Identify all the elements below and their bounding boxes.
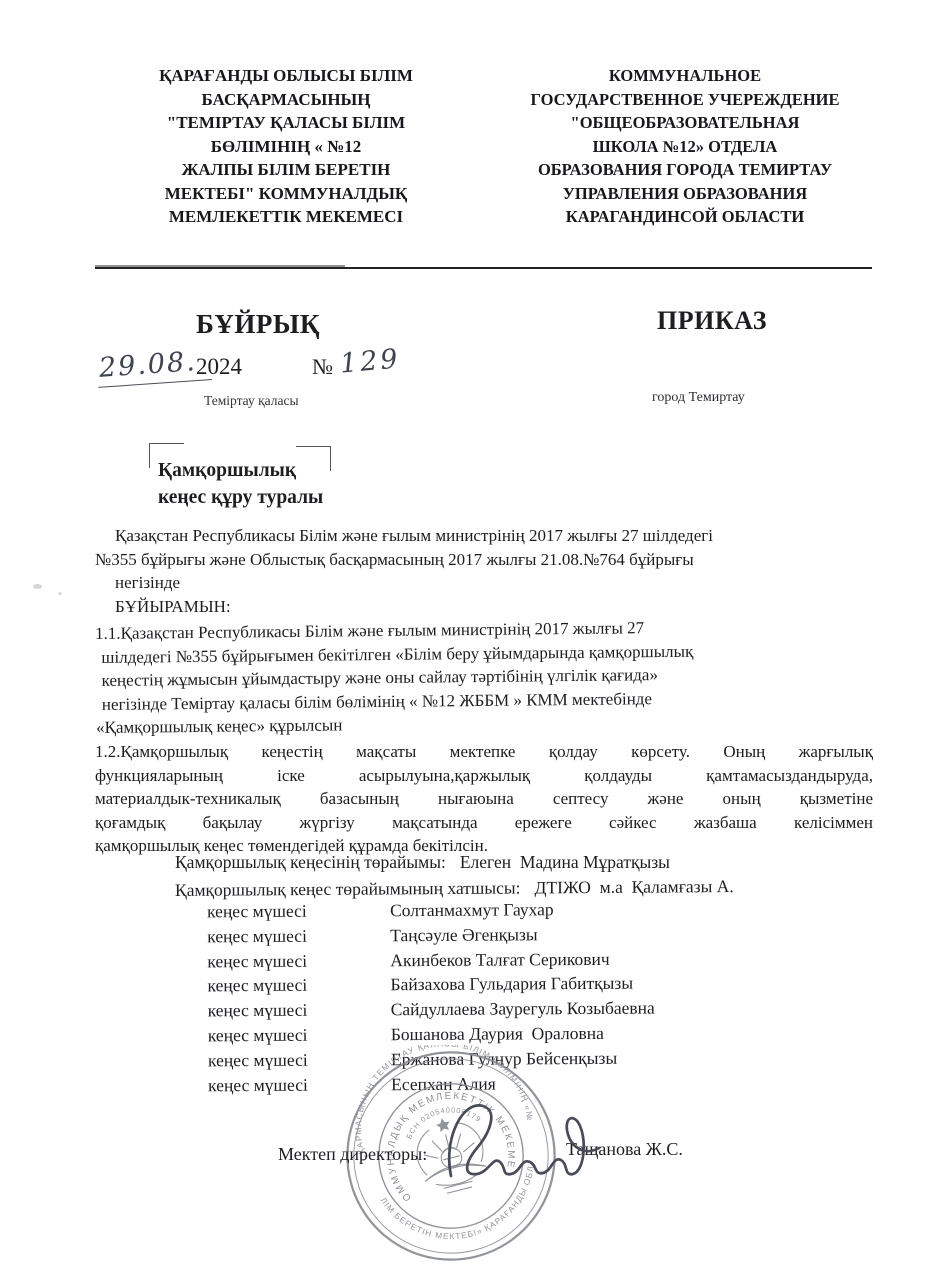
preamble-paragraph: Қазақстан Республикасы Білім және ғылым … [95,524,873,618]
city-label-kazakh: Теміртау қаласы [204,393,299,409]
signature-stroke [449,1105,599,1176]
text-line: функцияларының іске асырылуына,қаржылық … [95,764,873,788]
city-label-russian: город Темиртау [652,390,745,406]
secretary-name: ДТІЖО м.а Қаламғазы А. [534,876,733,897]
member-role-label: кеңес мүшесі [207,973,307,998]
member-name: Байзахова Гульдария Габитқызы [390,971,633,997]
org-name-kazakh: ҚАРАҒАНДЫ ОБЛЫСЫ БІЛІМ БАСҚАРМАСЫНЫҢ "ТЕ… [108,64,464,229]
order-title-russian: ПРИКАЗ [657,306,767,336]
member-role-label: кеңес мүшесі [207,899,307,924]
order-year: 2024 [196,354,242,380]
member-role-label: кеңес мүшесі [207,948,307,973]
org-name-russian: КОММУНАЛЬНОЕ ГОСУДАРСТВЕННОЕ УЧЕРЕЖДЕНИЕ… [498,64,872,229]
director-role-label: Мектеп директоры: [278,1144,427,1165]
member-role-label: кеңес мүшесі [208,998,308,1023]
text-line: қоғамдық бақылау жүргізу мақсатында ереж… [95,811,873,835]
member-name: Таңсәуле Әгенқызы [390,922,538,948]
member-name: Солтанмахмут Гаухар [390,897,554,923]
order-title-kazakh: БҰЙРЫҚ [196,309,320,340]
chair-role-label: Қамқоршылық кеңесінің төрайымы: [175,852,446,872]
chair-name: Елеген Мадина Мұратқызы [460,852,670,872]
order-number-sign: № [312,354,333,380]
scan-speck [33,584,42,589]
header-divider-line [95,267,872,269]
order-date-handwritten: 29.08. [96,345,212,388]
member-name: Бошанова Даурия Ораловна [391,1021,604,1047]
secretary-role-label: Қамқоршылық кеңес төрайымының хатшысы: [175,878,521,900]
member-name: Сайдуллаева Заурегуль Козыбаевна [391,996,655,1022]
director-signature [437,1090,607,1205]
order-number-handwritten: 129 [339,343,402,379]
clause-1-1: 1.1.Қазақстан Республикасы Білім және ғы… [95,614,874,740]
text-line: Қазақстан Республикасы Білім және ғылым … [95,524,873,548]
subject-line-2: кеңес құру туралы [158,484,458,511]
order-subject: Қамқоршылық кеңес құру туралы [158,457,458,511]
text-line: негізінде [95,571,873,595]
council-chair-line: Қамқоршылық кеңесінің төрайымы:Елеген Ма… [175,852,670,873]
member-role-label: кеңес мүшесі [208,1023,308,1048]
text-line: материалдык-техникалық базасының нығаюын… [95,787,873,811]
subject-line-1: Қамқоршылық [158,457,458,484]
clause-1-2: 1.2.Қамқоршылық кеңестің мақсаты мектепк… [95,740,873,858]
text-line: 1.2.Қамқоршылық кеңестің мақсаты мектепк… [95,740,873,764]
member-role-label: кеңес мүшесі [207,924,307,949]
text-line: №355 бұйрығы және Облыстық басқармасының… [95,548,873,572]
member-role-label: кеңес мүшесі [208,1072,308,1097]
member-role-label: кеңес мүшесі [208,1047,308,1072]
scan-speck [58,592,62,595]
member-name: Акинбеков Талғат Серикович [390,946,609,972]
scanned-order-document: ҚАРАҒАНДЫ ОБЛЫСЫ БІЛІМ БАСҚАРМАСЫНЫҢ "ТЕ… [0,0,930,1280]
header-divider-smear [95,265,345,267]
